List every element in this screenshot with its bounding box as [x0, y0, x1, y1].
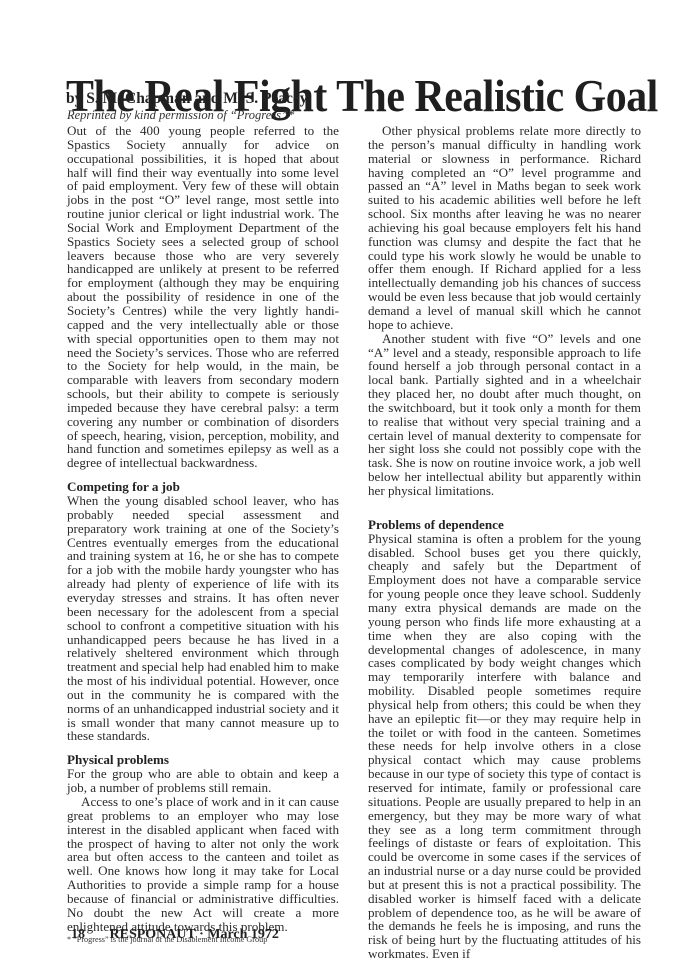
section-heading-physical: Physical problems	[67, 753, 339, 767]
paragraph: When the young disabled school leaver, w…	[67, 494, 339, 743]
page-number: 18	[71, 927, 106, 943]
paragraph: Access to one’s place of work and in it …	[67, 795, 339, 933]
section-heading-competing: Competing for a job	[67, 480, 339, 494]
reprint-credit: Reprinted by kind permission of “Progres…	[67, 108, 294, 123]
left-column: Out of the 400 young people referred to …	[67, 124, 339, 945]
publication-name: RESPONAUT · March 1972	[110, 927, 279, 942]
byline: by S. M. Chapman and M. S. Peacey	[66, 90, 308, 108]
right-column: Other physical problems relate more dire…	[368, 124, 641, 961]
paragraph: For the group who are able to obtain and…	[67, 767, 339, 795]
paragraph: Other physical problems relate more dire…	[368, 124, 641, 332]
paragraph: Another student with five “O” levels and…	[368, 332, 641, 498]
paragraph: Physical stamina is often a problem for …	[368, 532, 641, 961]
paragraph: Out of the 400 young people referred to …	[67, 124, 339, 470]
section-heading-dependence: Problems of dependence	[368, 518, 641, 532]
page-footer: 18 RESPONAUT · March 1972	[71, 927, 279, 943]
